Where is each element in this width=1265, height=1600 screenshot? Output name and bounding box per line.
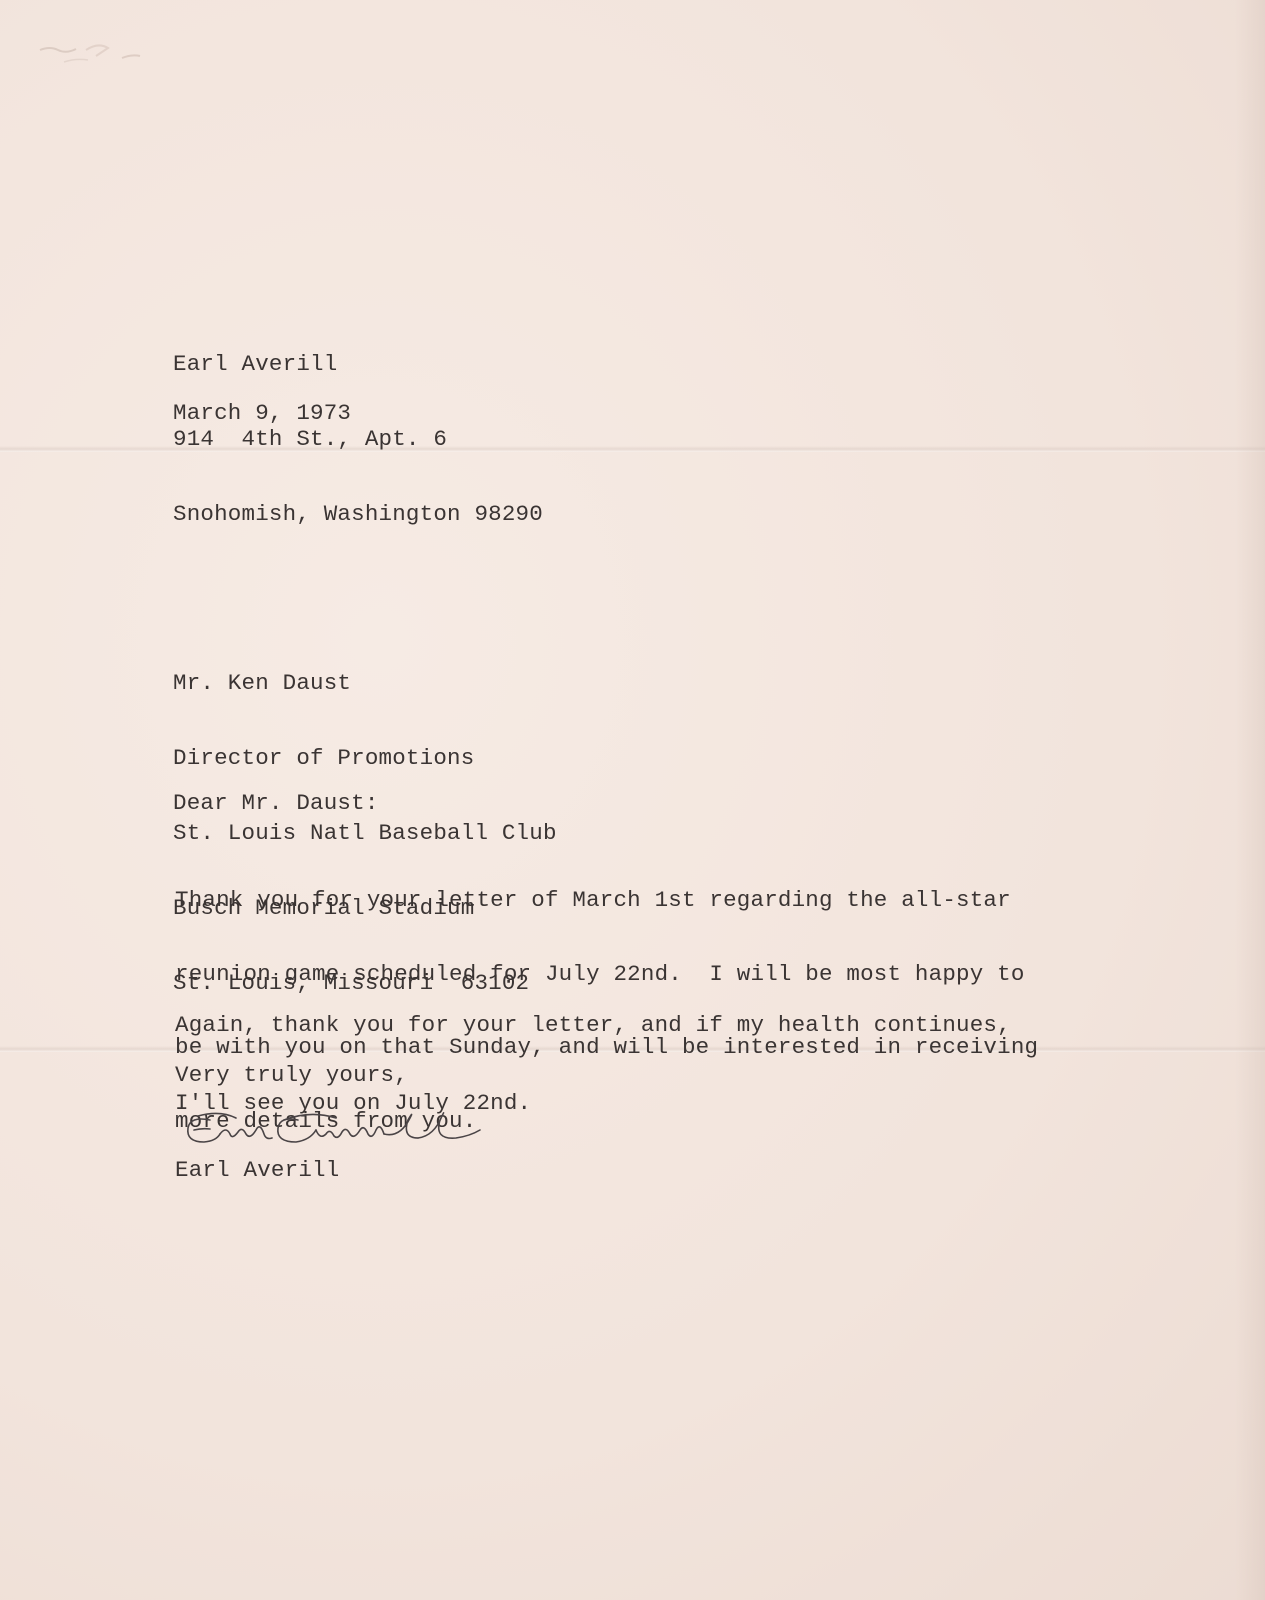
letter-page: Earl Averill 914 4th St., Apt. 6 Snohomi…: [0, 0, 1265, 1600]
sender-street: 914 4th St., Apt. 6: [173, 427, 543, 452]
paragraph-line: Thank you for your letter of March 1st r…: [175, 888, 1038, 913]
embossed-seal-icon: [36, 38, 146, 70]
typed-signature-name: Earl Averill: [175, 1158, 339, 1183]
salutation: Dear Mr. Daust:: [173, 791, 379, 816]
sender-city: Snohomish, Washington 98290: [173, 502, 543, 527]
closing: Very truly yours,: [175, 1063, 408, 1088]
sender-name: Earl Averill: [173, 352, 543, 377]
sender-address: Earl Averill 914 4th St., Apt. 6 Snohomi…: [173, 302, 543, 577]
paragraph-line: Again, thank you for your letter, and if…: [175, 1012, 1011, 1038]
recipient-title: Director of Promotions: [173, 746, 557, 771]
letter-date: March 9, 1973: [173, 401, 351, 426]
signature-icon: [180, 1108, 490, 1153]
recipient-name: Mr. Ken Daust: [173, 671, 557, 696]
page-edge-shadow: [1235, 0, 1265, 1600]
